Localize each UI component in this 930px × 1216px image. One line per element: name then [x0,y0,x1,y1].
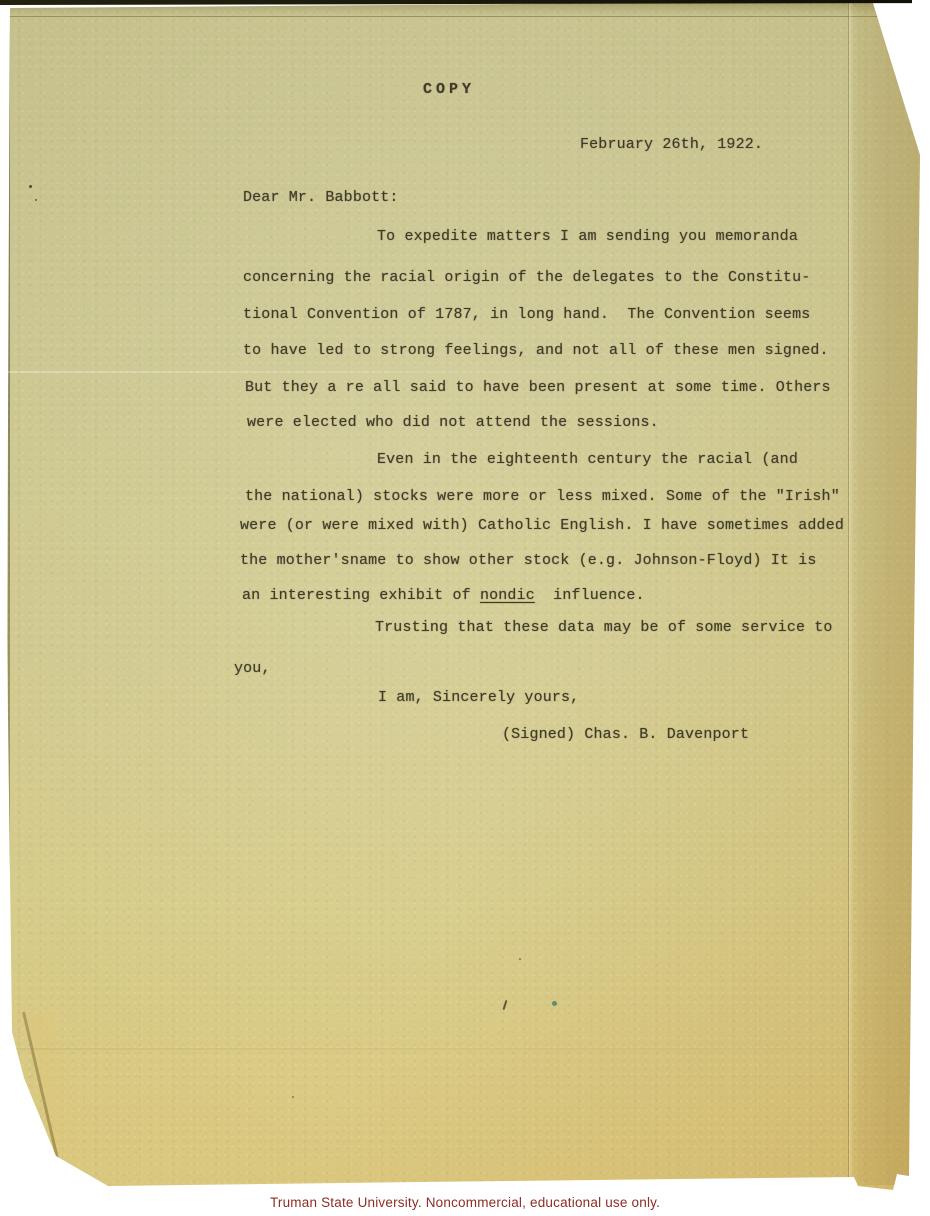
typed-line: were (or were mixed with) Catholic Engli… [240,518,844,533]
paper-left-edge-shadow [8,6,10,1034]
typed-line: Trusting that these data may be of some … [375,620,833,635]
typed-line: COPY [423,82,475,97]
typed-line: Even in the eighteenth century the racia… [377,452,798,467]
paper-horizontal-crease [8,371,868,373]
typed-line: To expedite matters I am sending you mem… [377,229,798,244]
stray-pen-mark [503,1000,508,1010]
typed-line: Dear Mr. Babbott: [243,190,399,205]
ink-speck [519,958,521,960]
ink-speck [292,1096,294,1098]
typed-line: to have led to strong feelings, and not … [243,343,829,358]
typed-line: an interesting exhibit of nondic influen… [242,588,645,603]
typed-line: were elected who did not attend the sess… [247,415,659,430]
green-speck [552,1001,557,1006]
typed-line: I am, Sincerely yours, [378,690,579,705]
ink-speck [29,185,32,188]
typed-line: February 26th, 1922. [580,137,763,152]
letter-paper: COPYFebruary 26th, 1922.Dear Mr. Babbott… [0,0,930,1216]
typed-line: (Signed) Chas. B. Davenport [502,727,749,742]
typed-line: the mother'sname to show other stock (e.… [240,553,817,568]
typed-line: concerning the racial origin of the dele… [243,270,810,285]
paper-horizontal-crease [8,1048,908,1050]
attribution-caption: Truman State University. Noncommercial, … [0,1195,930,1210]
scanned-letter-page: COPYFebruary 26th, 1922.Dear Mr. Babbott… [0,0,930,1216]
typed-line: But they a re all said to have been pres… [245,380,831,395]
typed-line: the national) stocks were more or less m… [245,489,840,504]
ink-speck [35,199,37,201]
paper-right-fold [848,0,930,1185]
typed-line: tional Convention of 1787, in long hand.… [243,307,810,322]
paper-bottom-left-crease-highlight [28,1010,89,1170]
typed-line: you, [234,661,271,676]
